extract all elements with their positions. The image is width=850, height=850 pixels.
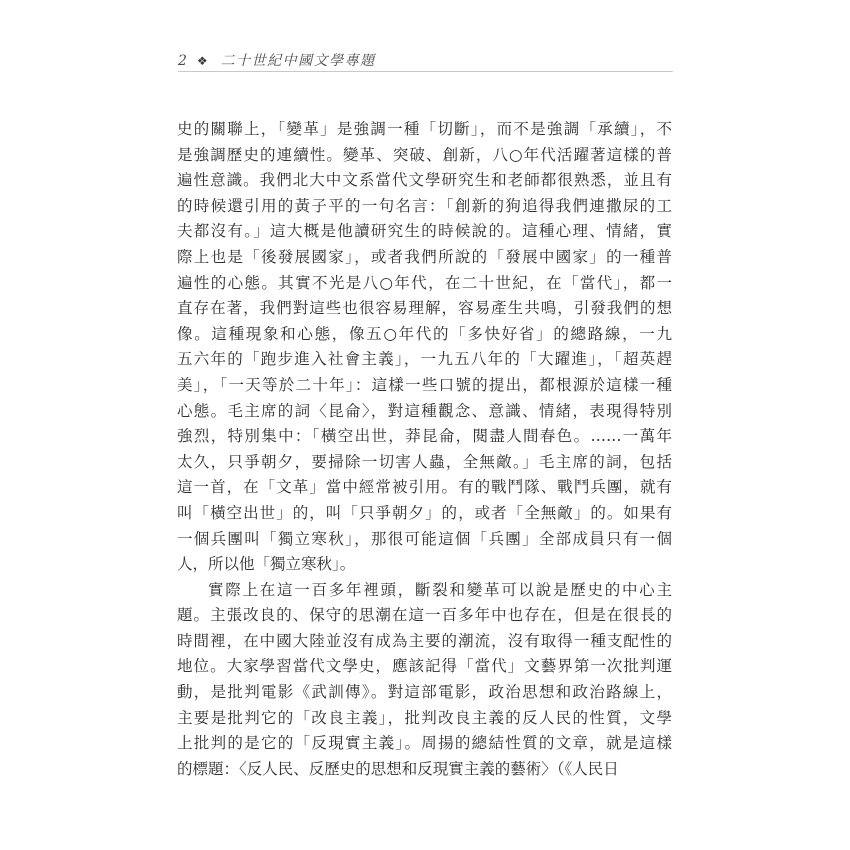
text-line: 是強調歷史的連續性。變革、突破、創新，八○年代活躍著這樣的普 <box>177 143 672 169</box>
text-line: 夫都沒有。」這大概是他讀研究生的時候說的。這種心理、情緒，實 <box>177 219 672 245</box>
text-line: 直存在著，我們對這些也很容易理解，容易產生共鳴，引發我們的想 <box>177 296 672 322</box>
text-line: 像。這種現象和心態，像五○年代的「多快好省」的總路線，一九 <box>177 322 672 348</box>
text-line: 時間裡，在中國大陸並沒有成為主要的潮流，沒有取得一種支配性的 <box>177 629 672 655</box>
text-line: 這一首，在「文革」當中經常被引用。有的戰鬥隊、戰鬥兵團，就有 <box>177 475 672 501</box>
text-line-paragraph-end: 人，所以他「獨立寒秋」。 <box>177 552 672 578</box>
page-number: 2 <box>178 53 187 69</box>
text-line: 太久，只爭朝夕，要掃除一切害人蟲，全無敵。」毛主席的詞，包括 <box>177 450 672 476</box>
text-line: 際上也是「後發展國家」，或者我們所說的「發展中國家」的一種普 <box>177 245 672 271</box>
text-line: 地位。大家學習當代文學史，應該記得「當代」文藝界第一次批判運 <box>177 654 672 680</box>
book-page: 2 ❖ 二十世紀中國文學專題 史的關聯上，「變革」是強調一種「切斷」，而不是強調… <box>0 0 850 850</box>
text-line-page-end: 的標題：〈反人民、反歷史的思想和反現實主義的藝術〉（《人民日 <box>177 757 672 783</box>
text-line: 史的關聯上，「變革」是強調一種「切斷」，而不是強調「承續」，不 <box>177 117 672 143</box>
text-line: 強烈，特別集中：「橫空出世，莽昆侖，閱盡人間春色。……一萬年 <box>177 424 672 450</box>
text-line: 五六年的「跑步進入社會主義」，一九五八年的「大躍進」，「超英趕 <box>177 347 672 373</box>
text-line: 的時候還引用的黃子平的一句名言：「創新的狗追得我們連撒尿的工 <box>177 194 672 220</box>
text-line: 心態。毛主席的詞〈昆侖〉，對這種觀念、意識、情緒，表現得特別 <box>177 399 672 425</box>
section-marker-icon: ❖ <box>197 54 208 68</box>
text-line-paragraph-start: 實際上在這一百多年裡頭，斷裂和變革可以說是歷史的中心主 <box>177 578 672 604</box>
text-line: 題。主張改良的、保守的思潮在這一百多年中也存在，但是在很長的 <box>177 603 672 629</box>
text-line: 美」，「一天等於二十年」：這樣一些口號的提出，都根源於這樣一種 <box>177 373 672 399</box>
running-header: 2 ❖ 二十世紀中國文學專題 <box>178 50 672 70</box>
body-text: 史的關聯上，「變革」是強調一種「切斷」，而不是強調「承續」，不 是強調歷史的連續… <box>177 117 672 782</box>
text-line: 一個兵團叫「獨立寒秋」，那很可能這個「兵團」全部成員只有一個 <box>177 527 672 553</box>
header-rule <box>178 71 673 72</box>
text-line: 主要是批判它的「改良主義」，批判改良主義的反人民的性質，文學 <box>177 706 672 732</box>
text-line: 上批判的是它的「反現實主義」。周揚的總結性質的文章，就是這樣 <box>177 731 672 757</box>
text-line: 動，是批判電影《武訓傳》。對這部電影，政治思想和政治路線上， <box>177 680 672 706</box>
text-line: 遍性的心態。其實不光是八○年代，在二十世紀，在「當代」，都一 <box>177 271 672 297</box>
text-line: 叫「橫空出世」的，叫「只爭朝夕」的，或者「全無敵」的。如果有 <box>177 501 672 527</box>
running-title: 二十世紀中國文學專題 <box>221 53 376 69</box>
text-line: 遍性意識。我們北大中文系當代文學研究生和老師都很熟悉，並且有 <box>177 168 672 194</box>
